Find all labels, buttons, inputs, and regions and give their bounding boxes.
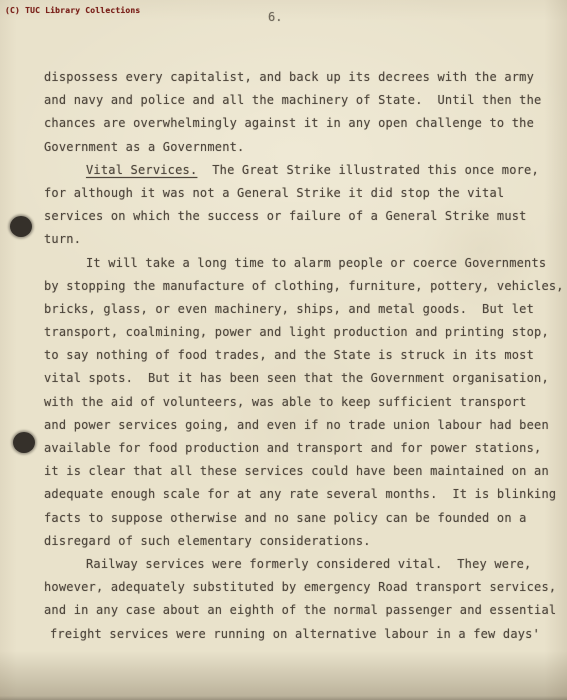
text-segment: dispossess every capitalist, and back up…: [44, 70, 534, 84]
text-line: and in any case about an eighth of the n…: [44, 599, 556, 622]
text-line: by stopping the manufacture of clothing,…: [44, 275, 556, 298]
text-line: bricks, glass, or even machinery, ships,…: [44, 298, 556, 321]
text-line: disregard of such elementary considerati…: [44, 530, 556, 553]
text-segment: bricks, glass, or even machinery, ships,…: [44, 302, 534, 316]
text-line: Government as a Government.: [44, 136, 556, 159]
text-line: and power services going, and even if no…: [44, 414, 556, 437]
text-segment: vital spots. But it has been seen that t…: [44, 371, 549, 385]
text-line: services on which the success or failure…: [44, 205, 556, 228]
text-line: transport, coalmining, power and light p…: [44, 321, 556, 344]
text-segment: however, adequately substituted by emerg…: [44, 580, 556, 594]
text-segment: Government as a Government.: [44, 140, 244, 154]
text-line: chances are overwhelmingly against it in…: [44, 112, 556, 135]
text-line: Railway services were formerly considere…: [44, 553, 556, 576]
text-line: adequate enough scale for at any rate se…: [44, 483, 556, 506]
text-segment: facts to suppose otherwise and no sane p…: [44, 511, 527, 525]
text-segment: with the aid of volunteers, was able to …: [44, 395, 527, 409]
text-segment: turn.: [44, 232, 81, 246]
text-line: however, adequately substituted by emerg…: [44, 576, 556, 599]
text-segment: and navy and police and all the machiner…: [44, 93, 541, 107]
typewritten-text: dispossess every capitalist, and back up…: [44, 66, 556, 646]
text-segment: disregard of such elementary considerati…: [44, 534, 371, 548]
text-line: to say nothing of food trades, and the S…: [44, 344, 556, 367]
text-line: it is clear that all these services coul…: [44, 460, 556, 483]
text-segment: transport, coalmining, power and light p…: [44, 325, 549, 339]
underlined-heading: Vital Services.: [86, 163, 197, 177]
text-segment: it is clear that all these services coul…: [44, 464, 549, 478]
text-line: facts to suppose otherwise and no sane p…: [44, 507, 556, 530]
text-segment: for although it was not a General Strike…: [44, 186, 504, 200]
text-segment: Railway services were formerly considere…: [86, 557, 531, 571]
text-line: for although it was not a General Strike…: [44, 182, 556, 205]
text-line: It will take a long time to alarm people…: [44, 252, 556, 275]
text-segment: to say nothing of food trades, and the S…: [44, 348, 534, 362]
hole-punch-bottom: [13, 432, 35, 453]
document-page: (C) TUC Library Collections 6. disposses…: [0, 0, 567, 700]
text-segment: It will take a long time to alarm people…: [86, 256, 546, 270]
library-watermark: (C) TUC Library Collections: [5, 6, 140, 15]
page-number: 6.: [268, 10, 282, 24]
text-line: available for food production and transp…: [44, 437, 556, 460]
text-segment: and power services going, and even if no…: [44, 418, 549, 432]
text-line: and navy and police and all the machiner…: [44, 89, 556, 112]
text-line: dispossess every capitalist, and back up…: [44, 66, 556, 89]
text-segment: chances are overwhelmingly against it in…: [44, 116, 534, 130]
text-segment: and in any case about an eighth of the n…: [44, 603, 556, 617]
text-segment: by stopping the manufacture of clothing,…: [44, 279, 564, 293]
text-line: Vital Services. The Great Strike illustr…: [44, 159, 556, 182]
text-segment: freight services were running on alterna…: [50, 627, 540, 641]
text-line: turn.: [44, 228, 556, 251]
text-segment: adequate enough scale for at any rate se…: [44, 487, 556, 501]
hole-punch-top: [10, 216, 32, 237]
text-segment: available for food production and transp…: [44, 441, 541, 455]
text-segment: The Great Strike illustrated this once m…: [197, 163, 539, 177]
text-segment: services on which the success or failure…: [44, 209, 527, 223]
text-line: vital spots. But it has been seen that t…: [44, 367, 556, 390]
text-line: freight services were running on alterna…: [44, 623, 556, 646]
text-line: with the aid of volunteers, was able to …: [44, 391, 556, 414]
